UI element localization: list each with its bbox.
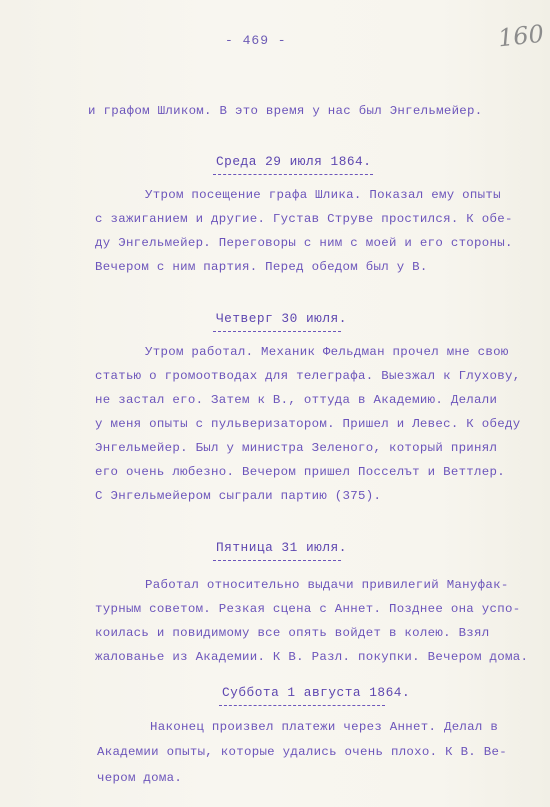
entry-line: Энгельмейер. Был у министра Зеленого, ко… (95, 441, 497, 455)
entry-heading: Суббота 1 августа 1864. (222, 685, 410, 700)
heading-underline (213, 174, 373, 175)
page-number: - 469 - (225, 33, 287, 48)
entry-line: Утром работал. Механик Фельдман прочел м… (145, 345, 509, 359)
entry-line: С Энгельмейером сыграли партию (375). (95, 489, 381, 503)
entry-line: Утром посещение графа Шлика. Показал ему… (145, 188, 501, 202)
continuation-line: и графом Шликом. В это время у нас был Э… (88, 104, 483, 118)
entry-line: коилась и повидимому все опять войдет в … (95, 626, 490, 640)
heading-underline (213, 560, 341, 561)
entry-heading: Пятница 31 июля. (216, 540, 347, 555)
handwritten-archive-number: 160 (497, 20, 545, 53)
entry-line: у меня опыты с пульверизатором. Пришел и… (95, 417, 520, 431)
entry-line: его очень любезно. Вечером пришел Поссел… (95, 465, 505, 479)
entry-heading: Среда 29 июля 1864. (216, 154, 371, 169)
document-page: - 469 - 160 и графом Шликом. В это время… (0, 0, 550, 807)
entry-line: жалованье из Академии. К В. Разл. покупк… (95, 650, 528, 664)
entry-line: не застал его. Затем к В., оттуда в Акад… (95, 393, 497, 407)
entry-line: Академии опыты, которые удались очень пл… (97, 745, 507, 759)
entry-heading: Четверг 30 июля. (216, 311, 347, 326)
entry-line: Работал относительно выдачи привилегий М… (145, 578, 509, 592)
entry-line: чером дома. (97, 771, 182, 785)
entry-line: Вечером с ним партия. Перед обедом был у… (95, 260, 428, 274)
entry-line: с зажиганием и другие. Густав Струве про… (95, 212, 513, 226)
heading-underline (213, 331, 341, 332)
entry-line: ду Энгельмейер. Переговоры с ним с моей … (95, 236, 513, 250)
entry-line: турным советом. Резкая сцена с Аннет. По… (95, 602, 520, 616)
entry-line: статью о громоотводах для телеграфа. Вые… (95, 369, 520, 383)
entry-line: Наконец произвел платежи через Аннет. Де… (150, 720, 498, 734)
heading-underline (219, 705, 385, 706)
